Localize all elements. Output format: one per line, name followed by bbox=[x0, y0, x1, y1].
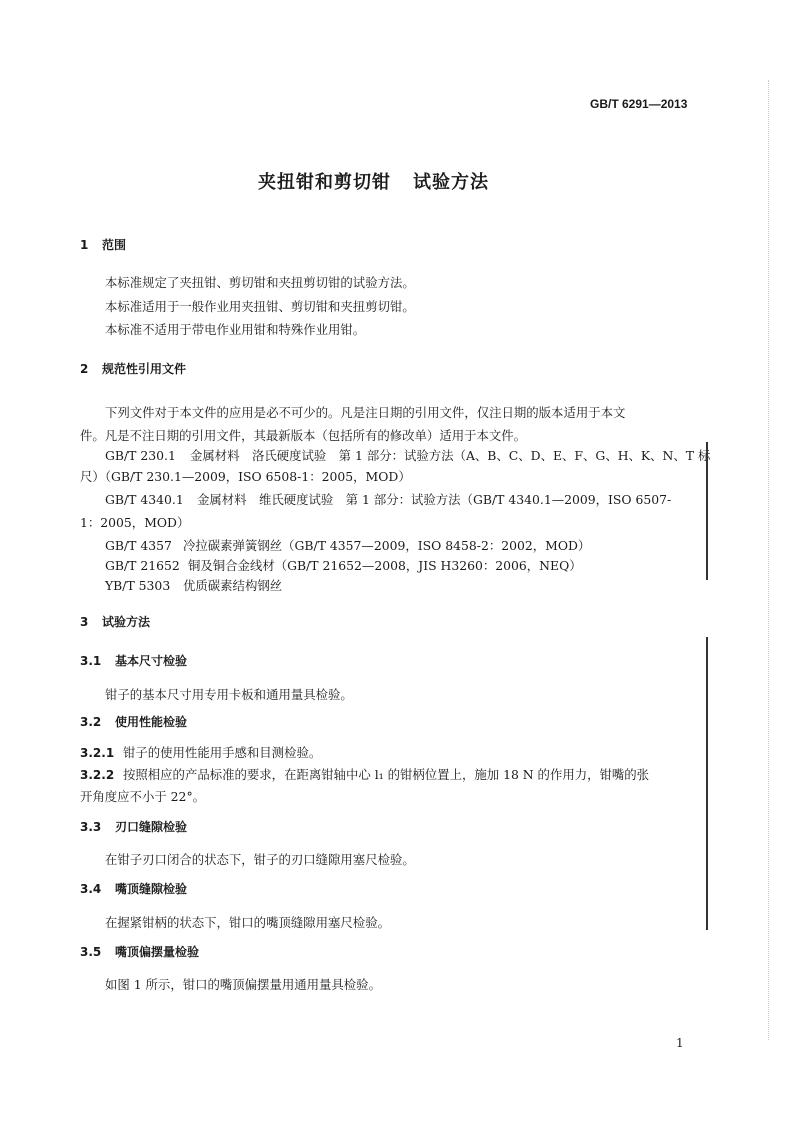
scan-edge-marks bbox=[768, 80, 770, 1040]
section-3-4-heading: 3.4嘴顶缝隙检验 bbox=[80, 880, 187, 897]
change-bar bbox=[706, 637, 708, 930]
reference-item: GB/T 21652铜及铜合金线材（GB/T 21652—2008，JIS H3… bbox=[105, 556, 582, 574]
reference-item: YB/T 5303优质碳素结构钢丝 bbox=[105, 576, 282, 594]
paragraph: 如图 1 所示，钳口的嘴顶偏摆量用通用量具检验。 bbox=[105, 975, 381, 993]
section-2-heading: 2规范性引用文件 bbox=[80, 360, 186, 377]
section-1-heading: 1范围 bbox=[80, 236, 126, 253]
paragraph: 下列文件对于本文件的应用是必不可少的。凡是注日期的引用文件，仅注日期的版本适用于… bbox=[105, 403, 625, 421]
numbered-paragraph: 3.2.2按照相应的产品标准的要求，在距离钳轴中心 l₁ 的钳柄位置上，施加 1… bbox=[80, 765, 649, 783]
numbered-paragraph: 3.2.1钳子的使用性能用手感和目测检验。 bbox=[80, 743, 321, 761]
title-part-1: 夹扭钳和剪切钳 bbox=[258, 172, 391, 193]
section-3-heading: 3试验方法 bbox=[80, 613, 150, 630]
paragraph: 本标准不适用于带电作业用钳和特殊作业用钳。 bbox=[105, 320, 365, 338]
change-bar bbox=[706, 442, 708, 580]
section-3-2-heading: 3.2使用性能检验 bbox=[80, 713, 187, 730]
paragraph-cont: 开角度应不小于 22°。 bbox=[80, 787, 205, 805]
reference-item-cont: 尺）（GB/T 230.1—2009，ISO 6508-1：2005，MOD） bbox=[80, 467, 411, 485]
standard-code: GB/T 6291—2013 bbox=[590, 97, 687, 111]
page-number: 1 bbox=[676, 1036, 684, 1050]
reference-item-cont: 1：2005，MOD） bbox=[80, 513, 189, 531]
reference-item: GB/T 4340.1金属材料 维氏硬度试验 第 1 部分：试验方法（GB/T … bbox=[105, 490, 671, 508]
paragraph: 在握紧钳柄的状态下，钳口的嘴顶缝隙用塞尺检验。 bbox=[105, 913, 390, 931]
reference-item: GB/T 4357冷拉碳素弹簧钢丝（GB/T 4357—2009，ISO 845… bbox=[105, 536, 590, 554]
section-3-5-heading: 3.5嘴顶偏摆量检验 bbox=[80, 943, 199, 960]
document-title: 夹扭钳和剪切钳试验方法 bbox=[258, 168, 489, 194]
paragraph: 本标准规定了夹扭钳、剪切钳和夹扭剪切钳的试验方法。 bbox=[105, 273, 415, 291]
paragraph: 在钳子刃口闭合的状态下，钳子的刃口缝隙用塞尺检验。 bbox=[105, 850, 415, 868]
paragraph: 件。凡是不注日期的引用文件，其最新版本（包括所有的修改单）适用于本文件。 bbox=[80, 426, 526, 444]
reference-item: GB/T 230.1金属材料 洛氏硬度试验 第 1 部分：试验方法（A、B、C、… bbox=[105, 446, 710, 464]
section-3-3-heading: 3.3刃口缝隙检验 bbox=[80, 818, 187, 835]
title-part-2: 试验方法 bbox=[413, 172, 489, 193]
section-3-1-heading: 3.1基本尺寸检验 bbox=[80, 652, 187, 669]
paragraph: 本标准适用于一般作业用夹扭钳、剪切钳和夹扭剪切钳。 bbox=[105, 297, 415, 315]
paragraph: 钳子的基本尺寸用专用卡板和通用量具检验。 bbox=[105, 685, 353, 703]
